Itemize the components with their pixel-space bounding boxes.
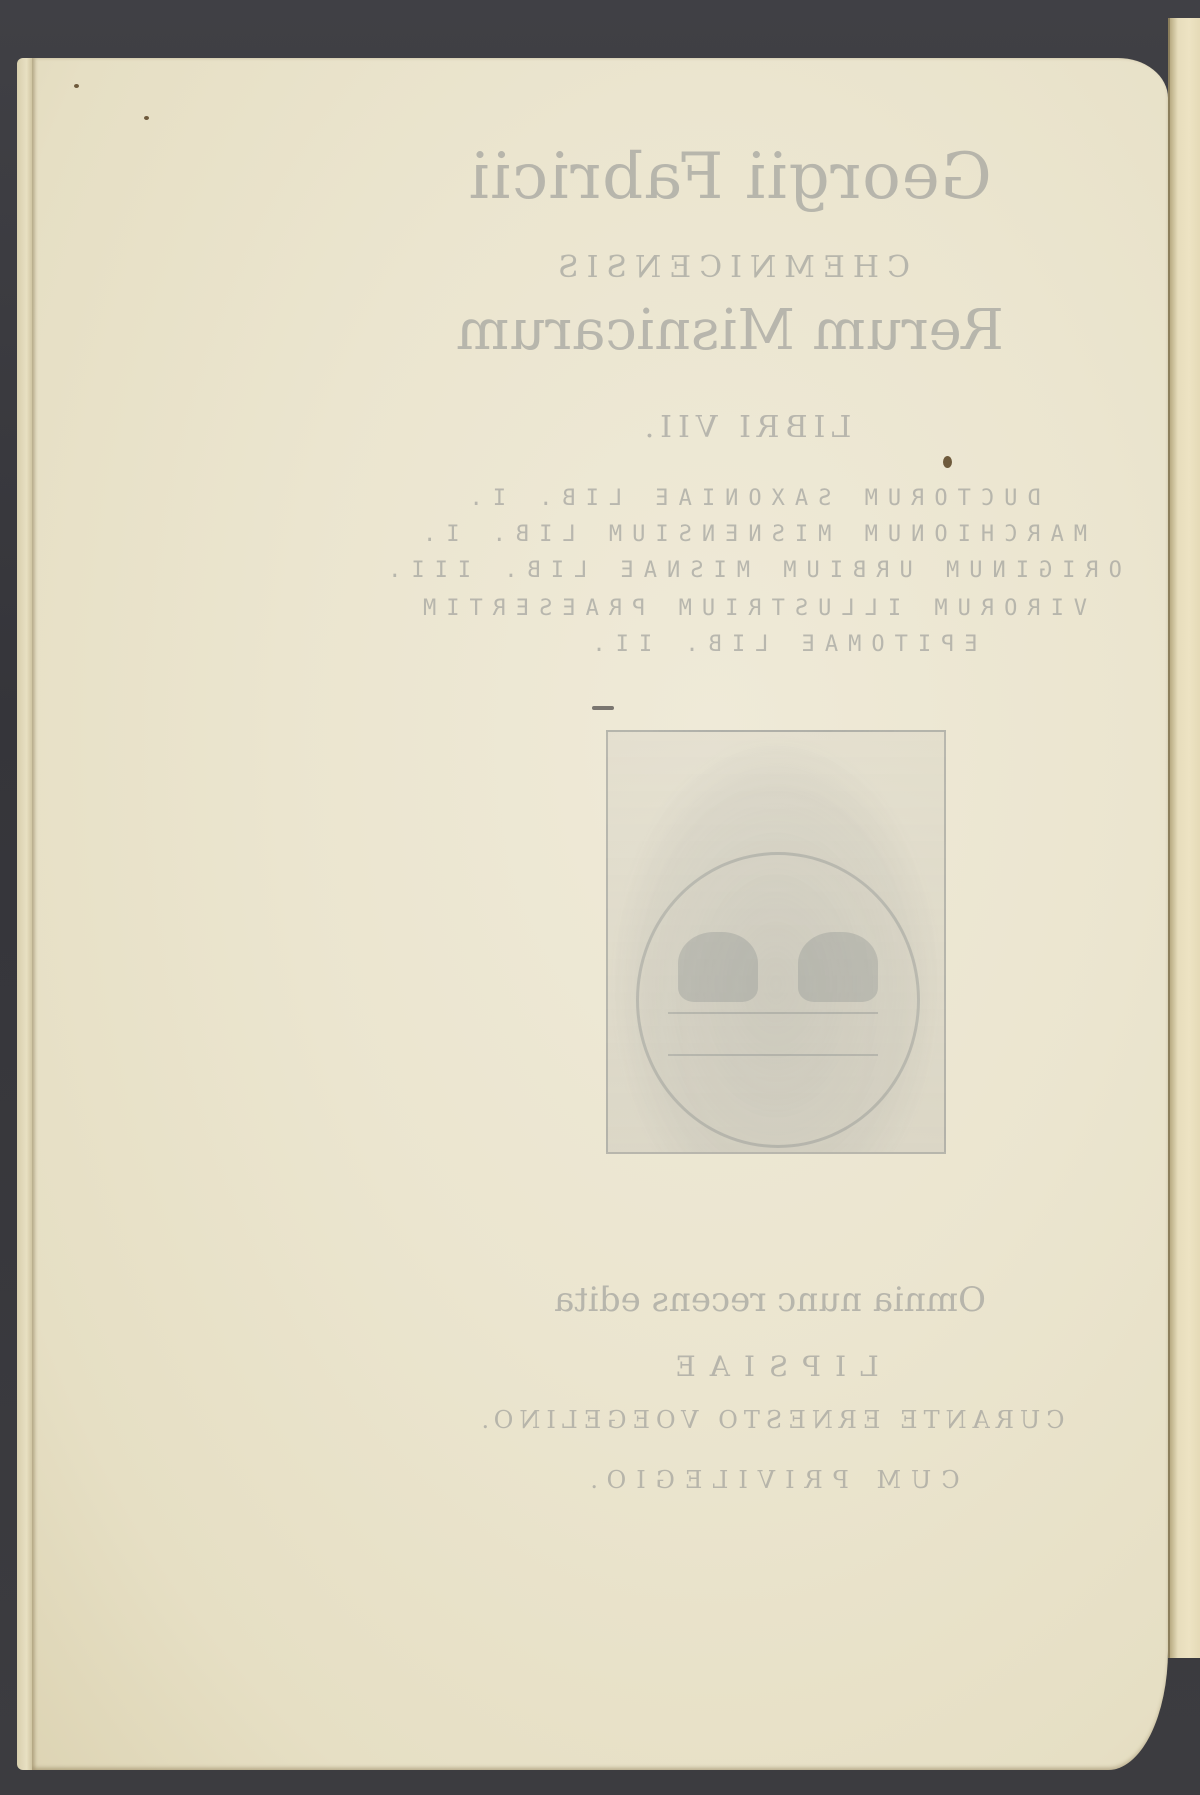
imprint-city: LIPSIAE xyxy=(202,1350,1200,1383)
imprint-note: Omnia nunc recens edita xyxy=(202,1280,1200,1320)
paper-speck xyxy=(144,116,149,120)
contents-line: VIRORUM ILLUSTRIUM PRAESERTIM xyxy=(182,596,1200,621)
paper-speck xyxy=(74,84,79,88)
contents-line: MARCHIONUM MISNENSIUM LIB. I. xyxy=(182,522,1200,547)
printer-device-woodcut xyxy=(606,730,946,1154)
mirrored-show-through: Georgii Fabricii CHEMNICENSIS Rerum Misn… xyxy=(32,58,1168,1770)
ink-smudge xyxy=(592,706,614,710)
author-origin: CHEMNICENSIS xyxy=(162,250,1200,285)
device-oval-frame xyxy=(636,852,920,1148)
device-base xyxy=(668,1012,878,1056)
device-figure xyxy=(798,932,878,1002)
author-name: Georgii Fabricii xyxy=(162,140,1200,214)
work-title: Rerum Misnicarum xyxy=(162,298,1200,363)
book-page: Georgii Fabricii CHEMNICENSIS Rerum Misn… xyxy=(32,58,1168,1770)
ink-speck xyxy=(943,456,952,468)
contents-line: ORIGINUM URBIUM MISNAE LIB. III. xyxy=(182,558,1200,583)
device-figure xyxy=(678,932,758,1002)
contents-line: EPITOMAE LIB. II. xyxy=(212,632,1200,657)
volume-count: LIBRI VII. xyxy=(177,410,1200,445)
imprint-privilege: CUM PRIVILEGIO. xyxy=(202,1466,1200,1494)
contents-line: DUCTORUM SAXONIAE LIB. I. xyxy=(182,486,1200,511)
imprint-publisher: CURANTE ERNESTO VOEGELINO. xyxy=(202,1406,1200,1434)
